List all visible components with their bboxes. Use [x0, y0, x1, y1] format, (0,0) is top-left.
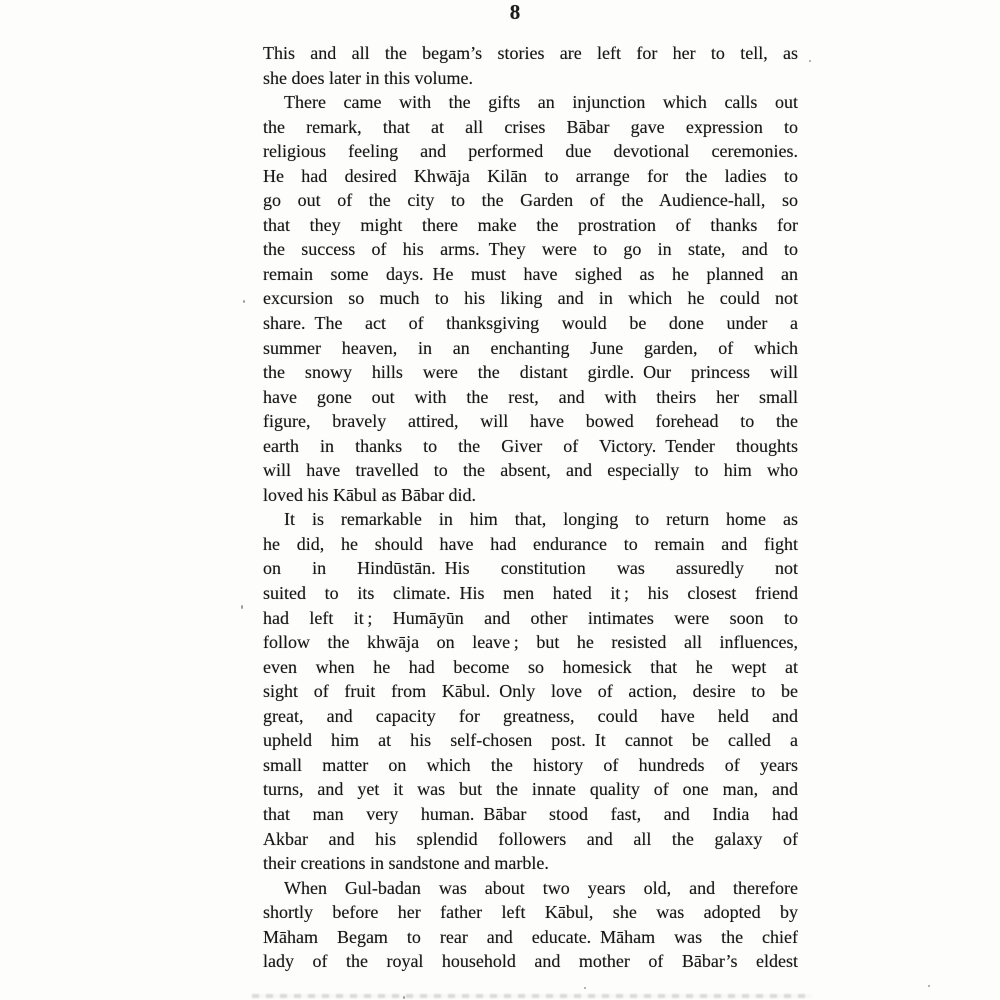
book-page: 8 This and all the begam’s stories are l… [0, 0, 1000, 1000]
text-line: follow the khwāja on leave ; but he resi… [263, 630, 798, 655]
text-line: the success of his arms. They were to go… [263, 237, 798, 262]
text-line: the snowy hills were the distant girdle.… [263, 360, 798, 385]
text-line: that they might there make the prostrati… [263, 213, 798, 238]
text-line: have gone out with the rest, and with th… [263, 385, 798, 410]
paragraph: When Gul-badan was about two years old, … [263, 876, 798, 974]
text-line: small matter on which the history of hun… [263, 753, 798, 778]
scan-speckle [928, 985, 930, 987]
text-line: that man very human. Bābar stood fast, a… [263, 802, 798, 827]
scan-speckle [243, 300, 245, 303]
text-line: shortly before her father left Kābul, sh… [263, 900, 798, 925]
text-line: figure, bravely attired, will have bowed… [263, 409, 798, 434]
scan-artifact-streak [252, 994, 812, 998]
scan-speckle [584, 987, 586, 989]
text-line: There came with the gifts an injunction … [263, 90, 798, 115]
text-line: will have travelled to the absent, and e… [263, 458, 798, 483]
text-line: summer heaven, in an enchanting June gar… [263, 336, 798, 361]
text-line: excursion so much to his liking and in w… [263, 286, 798, 311]
page-number: 8 [245, 0, 785, 25]
text-line: Māham Begam to rear and educate. Māham w… [263, 925, 798, 950]
text-line: he did, he should have had endurance to … [263, 532, 798, 557]
text-line: sight of fruit from Kābul. Only love of … [263, 679, 798, 704]
text-line: remain some days. He must have sighed as… [263, 262, 798, 287]
text-line: earth in thanks to the Giver of Victory.… [263, 434, 798, 459]
text-line: When Gul-badan was about two years old, … [263, 876, 798, 901]
scan-speckle [566, 57, 568, 59]
scan-speckle [241, 605, 243, 609]
text-line: had left it ; Humāyūn and other intimate… [263, 606, 798, 631]
text-line: great, and capacity for greatness, could… [263, 704, 798, 729]
text-line: loved his Kābul as Bābar did. [263, 483, 798, 508]
text-line: on in Hindūstān. His constitution was as… [263, 556, 798, 581]
paragraph: This and all the begam’s stories are lef… [263, 41, 798, 90]
text-line: upheld him at his self-chosen post. It c… [263, 728, 798, 753]
text-line: share. The act of thanksgiving would be … [263, 311, 798, 336]
text-line: Akbar and his splendid followers and all… [263, 827, 798, 852]
paragraph: It is remarkable in him that, longing to… [263, 507, 798, 875]
text-line: she does later in this volume. [263, 66, 798, 91]
text-line: He had desired Khwāja Kilān to arrange f… [263, 164, 798, 189]
text-line: It is remarkable in him that, longing to… [263, 507, 798, 532]
page-text: This and all the begam’s stories are lef… [263, 41, 798, 974]
scan-speckle [809, 60, 811, 62]
text-line: religious feeling and performed due devo… [263, 139, 798, 164]
text-line: lady of the royal household and mother o… [263, 949, 798, 974]
text-line: the remark, that at all crises Bābar gav… [263, 115, 798, 140]
text-line: their creations in sandstone and marble. [263, 851, 798, 876]
text-line: even when he had become so homesick that… [263, 655, 798, 680]
text-line: turns, and yet it was but the innate qua… [263, 777, 798, 802]
paragraph: There came with the gifts an injunction … [263, 90, 798, 507]
text-line: go out of the city to the Garden of the … [263, 188, 798, 213]
text-line: This and all the begam’s stories are lef… [263, 41, 798, 66]
text-line: suited to its climate. His men hated it … [263, 581, 798, 606]
